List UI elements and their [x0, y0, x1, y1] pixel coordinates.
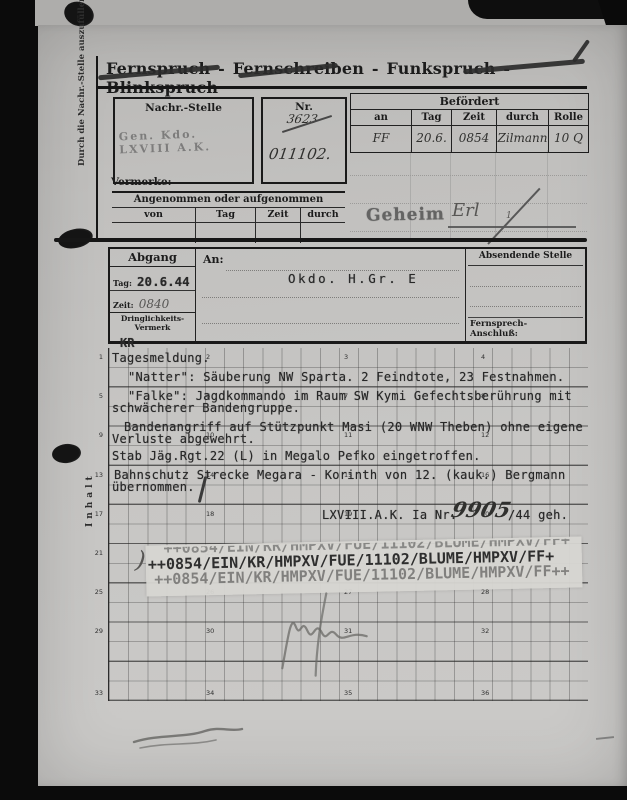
grid-row-number: 13: [85, 471, 103, 479]
befoerdert-header-4: durch: [496, 110, 548, 125]
nr-box: Nr. 3623 011102.: [261, 97, 347, 184]
angenommen-header-row: vonTagZeitdurch: [112, 208, 345, 223]
nachr-stelle-box: Nachr.-Stelle Gen. Kdo. LXVIII A.K.: [113, 97, 254, 184]
scanned-telegram-form: Durch die Nachr.-Stelle auszufüllen Inha…: [0, 0, 627, 800]
message-line-tagesmeldung: Tagesmeldung.: [112, 352, 210, 364]
befoerdert-header-2: Tag: [411, 110, 451, 125]
unit-stamp: Gen. Kdo. LXVIII A.K.: [119, 126, 253, 157]
befoerdert-header-3: Zeit: [451, 110, 496, 125]
abgang-tag-row: Tag: 20.6.44: [110, 267, 195, 291]
grid-row-number: 9: [85, 431, 103, 439]
nachr-stelle-label: Nachr.-Stelle: [115, 102, 252, 114]
an-label: An:: [203, 253, 224, 266]
header-left-line: [96, 56, 98, 240]
grid-row-number: 1: [85, 353, 103, 361]
header-rule: [96, 86, 587, 89]
erledigt-note: Erl: [452, 200, 480, 221]
befoerdert-header-5: Rolle: [548, 110, 588, 125]
message-line-stab: Stab Jäg.Rgt.22 (L) in Megalo Pefko eing…: [112, 450, 481, 462]
reference-prefix: LXVIII.A.K. Ia Nr.: [322, 508, 457, 522]
reference-number-handwritten: 9905: [449, 497, 514, 522]
vermerke-label: Vermerke:: [111, 176, 172, 188]
abgang-title: Abgang: [110, 249, 195, 267]
befoerdert-value-row: FF20.6.0854Zilmann10 Q: [351, 126, 588, 152]
abgang-tag-value: 20.6.44: [137, 274, 190, 289]
grid-cell-number: 30: [206, 627, 214, 635]
befoerdert-value-5: 10 Q: [548, 126, 588, 152]
abgang-zeit-value: 0840: [139, 297, 170, 311]
pencil-smudge: [130, 722, 340, 752]
grid-cell-number: 3: [344, 353, 348, 361]
absender-column: Absendende Stelle Fernsprech-Anschluß:: [465, 249, 585, 341]
an-value: Okdo. H.Gr. E: [288, 271, 418, 286]
angenommen-table: Angenommen oder aufgenommen vonTagZeitdu…: [112, 191, 345, 243]
abgang-left-column: Abgang Tag: 20.6.44 Zeit: 0840 Dringlich…: [110, 249, 196, 341]
abgang-an-field: An: Okdo. H.Gr. E: [196, 249, 465, 341]
grid-row-number: 29: [85, 627, 103, 635]
befoerdert-value-4: Zilmann: [496, 126, 548, 152]
grid-cell-number: 34: [206, 689, 214, 697]
befoerdert-value-3: 0854: [451, 126, 496, 152]
befoerdert-title: Befördert: [351, 94, 588, 110]
message-line-bandenangriff: Bandenangriff auf Stützpunkt Masi (20 WN…: [112, 421, 583, 446]
message-line-falke: "Falke": Jagdkommando im Raum SW Kymi Ge…: [112, 390, 572, 415]
erledigt-underline: [448, 226, 576, 228]
message-line-bahnschutz: Bahnschutz Strecke Megara - Korinth von …: [112, 469, 565, 494]
reference-suffix: /44 geh.: [508, 508, 568, 522]
grid-row-number: 21: [85, 549, 103, 557]
befoerdert-table: Befördert anTagZeitdurchRolle FF20.6.085…: [350, 93, 589, 153]
grid-cell-number: 18: [206, 510, 214, 518]
befoerdert-header-row: anTagZeitdurchRolle: [351, 110, 588, 126]
message-line-natter: "Natter": Säuberung NW Sparta. 2 Feindto…: [128, 371, 564, 383]
befoerdert-value-1: FF: [351, 126, 411, 152]
photo-dark-blob: [468, 0, 620, 19]
abgang-zeit-label: Zeit:: [113, 300, 134, 310]
grid-row-number: 5: [85, 392, 103, 400]
angenommen-header-1: von: [112, 208, 195, 222]
grid-cell-number: 32: [481, 627, 489, 635]
grid-cell-number: 35: [344, 689, 352, 697]
fernsprech-label: Fernsprech-Anschluß:: [470, 320, 540, 339]
geheim-stamp: Geheim: [366, 204, 445, 225]
absender-label: Absendende Stelle: [466, 249, 585, 261]
angenommen-title: Angenommen oder aufgenommen: [112, 191, 345, 208]
dringlichkeit-label: Dringlichkeits-Vermerk: [113, 313, 193, 332]
nr-value: 011102.: [268, 145, 333, 163]
grid-row-number: 33: [85, 689, 103, 697]
angenommen-header-4: durch: [300, 208, 345, 222]
abgang-zeit-row: Zeit: 0840: [110, 291, 195, 313]
grid-row-number: 25: [85, 588, 103, 596]
abgang-tag-label: Tag:: [113, 278, 132, 288]
grid-cell-number: 36: [481, 689, 489, 697]
angenommen-header-3: Zeit: [255, 208, 300, 222]
grid-cell-number: 4: [481, 353, 485, 361]
section-divider-rule: [54, 238, 587, 242]
befoerdert-header-1: an: [351, 110, 411, 125]
signature-scribble: [265, 585, 386, 684]
abgang-section: Abgang Tag: 20.6.44 Zeit: 0840 Dringlich…: [108, 247, 587, 344]
angenommen-header-2: Tag: [195, 208, 255, 222]
befoerdert-value-2: 20.6.: [411, 126, 451, 152]
grid-row-number: 17: [85, 510, 103, 518]
